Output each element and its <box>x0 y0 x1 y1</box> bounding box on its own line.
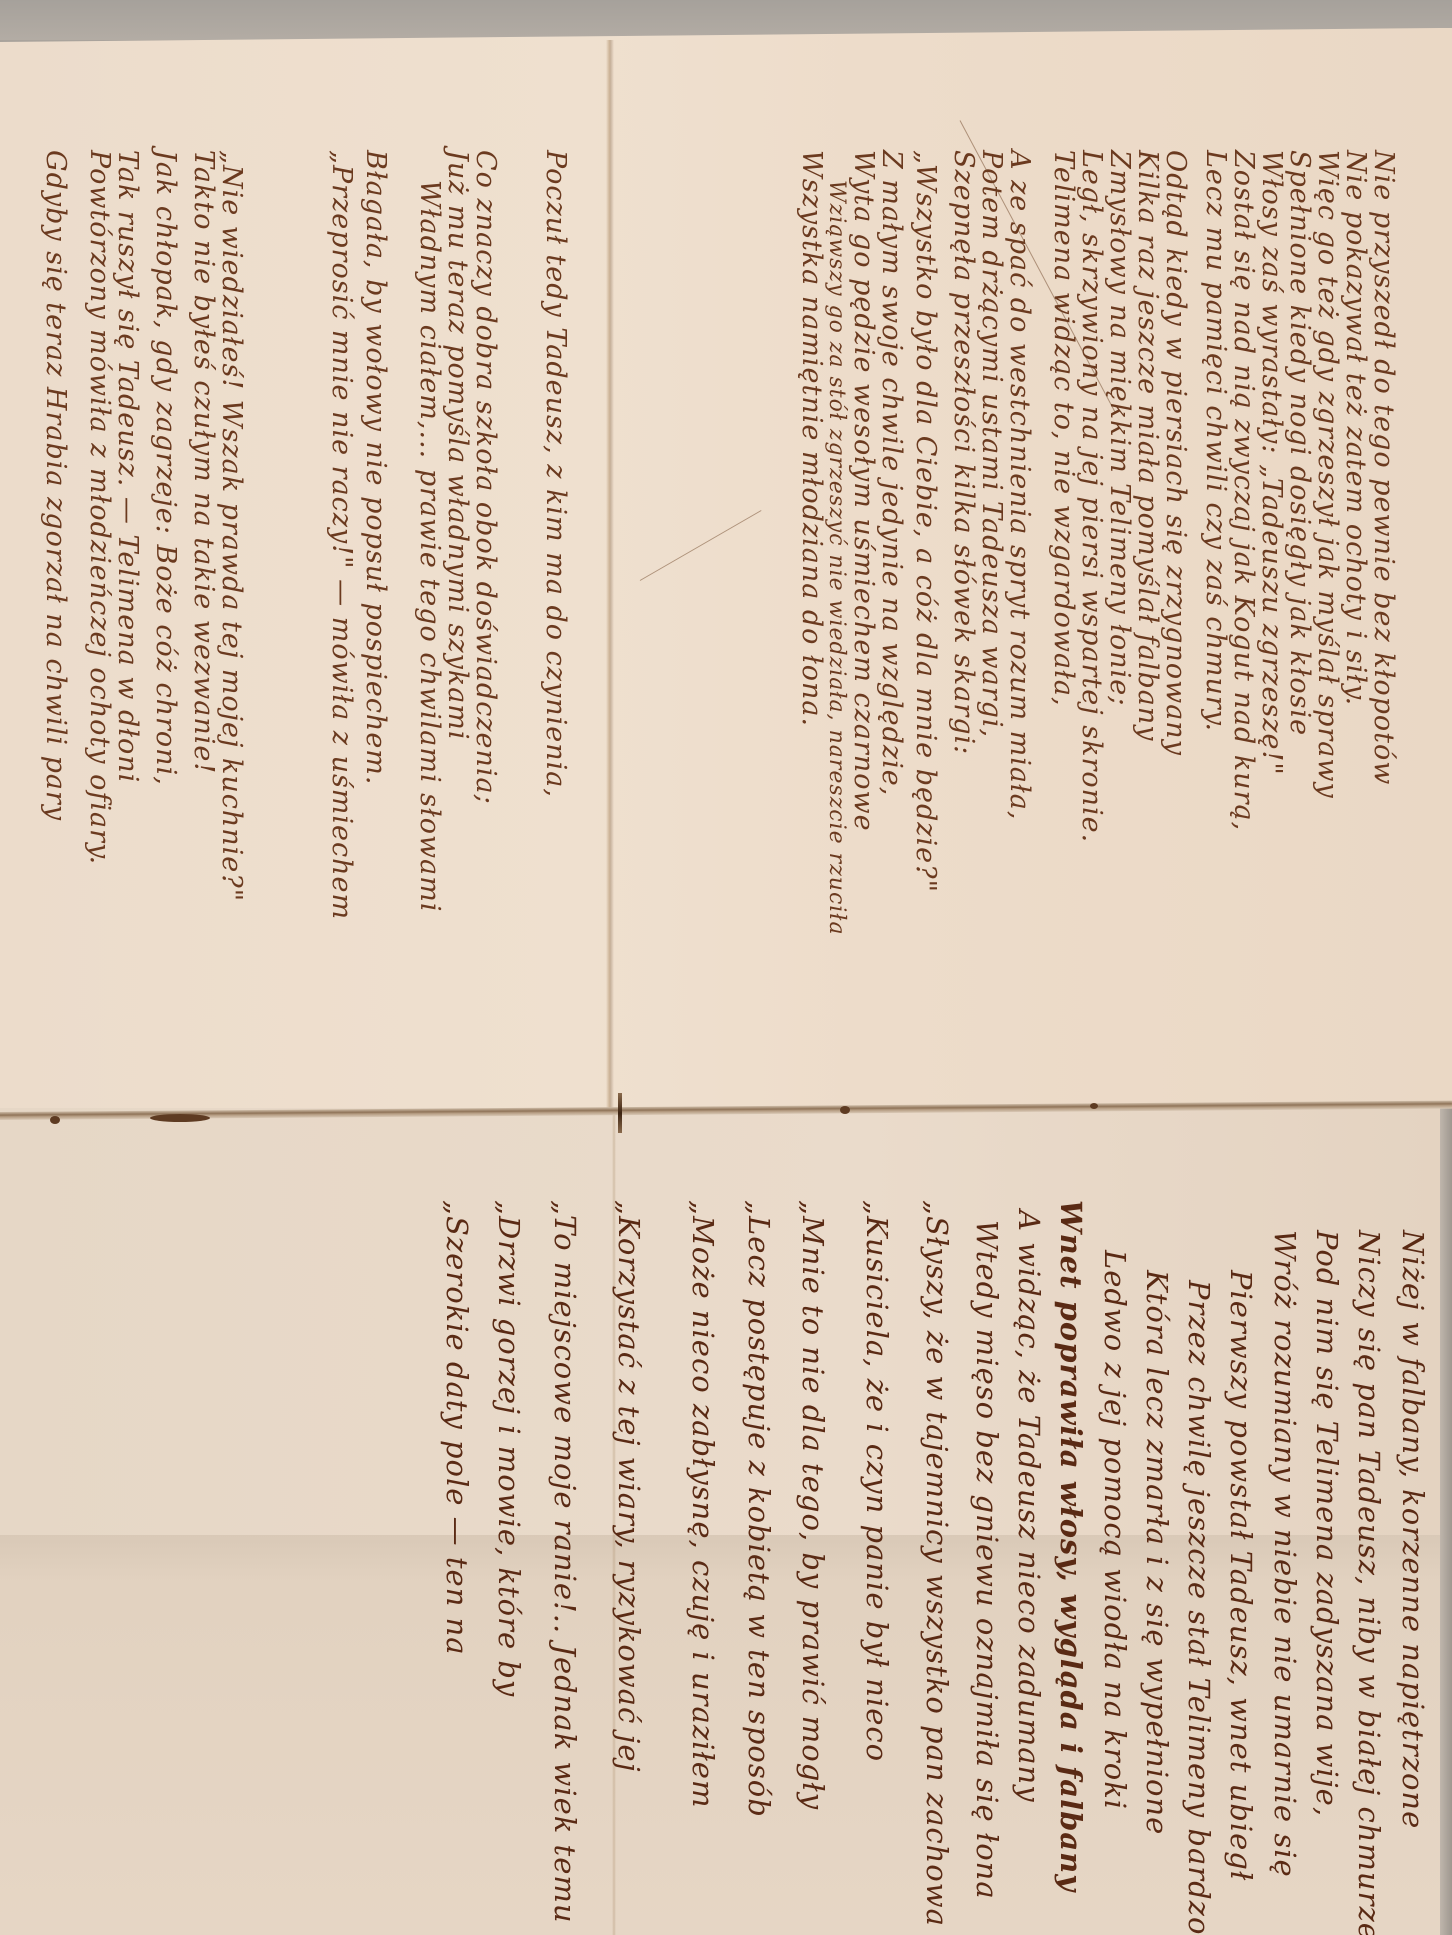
manuscript-line: Wtedy mięso bez gniewu oznajmiła się łon… <box>970 1220 1004 1900</box>
vertical-fold-crease <box>606 40 614 1110</box>
manuscript-line: „Lecz postępuje z kobietą w ten sposób <box>742 1200 776 1818</box>
manuscript-line: „Słyszy, że w tajemnicy wszystko pan zac… <box>920 1200 954 1927</box>
manuscript-line: „Korzystać z tej wiary, ryzykować jej <box>612 1200 646 1773</box>
manuscript-line: Powtórzony mówiła z młodzieńczej ochoty … <box>84 150 115 865</box>
manuscript-line: Która lecz zmarła i z się wypełnione <box>1140 1270 1174 1835</box>
manuscript-line: Władnym ciałem,... prawie tego chwilami … <box>414 150 445 912</box>
manuscript-line: Wyta go pędzie wesołym uśmiechem czarnow… <box>848 150 879 832</box>
manuscript-line: Niżej w falbany, korzenne napiętrzone <box>1396 1230 1430 1829</box>
manuscript-line: Pod nim się Telimena zadyszana wije, <box>1310 1230 1344 1817</box>
manuscript-line: Legł, skrzywiony na jej piersi wspartej … <box>1076 150 1107 843</box>
manuscript-line: Został się nad nią zwyczaj jak Kogut nad… <box>1228 150 1259 831</box>
manuscript-line: Wziąwszy go za stół zgrzeszyć nie wiedzi… <box>824 150 849 936</box>
manuscript-line: Potem drżącymi ustami Tadeusza wargi, <box>976 150 1007 738</box>
manuscript-line: Zmysłowy na miękkim Telimeny łonie; <box>1104 150 1135 706</box>
seam-knot <box>1090 1103 1098 1109</box>
page-edge-shadow <box>1440 1108 1452 1935</box>
seam-knot <box>840 1106 850 1114</box>
manuscript-line: Wróż rozumiany w niebie nie umarnie się <box>1268 1230 1302 1878</box>
manuscript-line: „Może nieco zabłysnę, czuję i uraziłem <box>686 1200 720 1808</box>
manuscript-line: Nie przyszedł do tego pewnie bez kłopotó… <box>1368 150 1399 785</box>
manuscript-line: Spełnione kiedy nogi dosięgły jak kłosie <box>1284 150 1315 736</box>
manuscript-line: Włosy zaś wyrastały: „Tadeuszu zgrzeszę!… <box>1256 150 1287 776</box>
manuscript-line: Telimena widząc to, nie wzgardowała, <box>1048 150 1079 707</box>
manuscript-line: „Mnie to nie dla tego, by prawić mogły <box>796 1200 830 1810</box>
seam-knot <box>50 1116 60 1124</box>
manuscript-line: Z małym swoje chwile jedynie na względzi… <box>876 150 907 796</box>
manuscript-line: „Nie wiedziałeś! Wszak prawda tej mojej … <box>216 150 247 902</box>
manuscript-line: Poczuł tedy Tadeusz, z kim ma do czynien… <box>540 150 571 798</box>
manuscript-line: Lecz mu pamięci chwili czy zaś chmury. <box>1200 150 1231 732</box>
manuscript-line: Pierwszy powstał Tadeusz, wnet ubiegł <box>1224 1270 1258 1881</box>
seam-knot <box>150 1114 210 1122</box>
manuscript-line: Ledwo z jej pomocą wiodła na kroki <box>1098 1250 1132 1810</box>
manuscript-line: Takto nie byłeś czułym na takie wezwanie… <box>188 150 219 774</box>
manuscript-line: A ze spać do westchnienia spryt rozum mi… <box>1004 150 1035 820</box>
manuscript-line: Co znaczy dobra szkoła obok doświadczeni… <box>470 150 501 805</box>
manuscript-line: Błagała, by wołowy nie popsuł pospiechem… <box>360 150 391 786</box>
manuscript-line: „Drzwi gorzej i mowie, które by <box>492 1200 526 1697</box>
manuscript-line: A widząc, że Tadeusz nieco zadumany <box>1012 1210 1046 1803</box>
manuscript-line: Odtąd kiedy w piersiach się zrzygnowany <box>1160 150 1191 756</box>
manuscript-line: Tak ruszył się Tadeusz. — Telimena w dło… <box>112 150 143 783</box>
manuscript-line: Nie pokazywał też zatem ochoty i siły. <box>1340 150 1371 706</box>
manuscript-line: Wnet poprawiła włosy, wygląda i falbany <box>1054 1200 1088 1892</box>
seam-cross-stitch <box>618 1093 622 1133</box>
manuscript-line: Kilka raz jeszcze miała pomyślał falbany <box>1132 150 1163 741</box>
manuscript-line: Wszystka namiętnie młodziana do łona. <box>796 150 827 727</box>
manuscript-line: Szepnęła przeszłości kilka słówek skargi… <box>948 150 979 755</box>
manuscript-line: Już mu teraz pomyśla władnymi szykami <box>442 150 473 741</box>
manuscript-line: Niczy się pan Tadeusz, niby w białej chm… <box>1352 1230 1386 1935</box>
manuscript-line: „Wszystko było dla Ciebie, a cóż dla mni… <box>910 150 941 893</box>
manuscript-line: „Szerokie daty pole — ten na <box>440 1200 474 1656</box>
manuscript-line: „To miejscowe moje ranie!.. Jednak wiek … <box>548 1200 582 1924</box>
manuscript-line: Więc go też gdy zgrzeszył jak myślał spr… <box>1312 150 1343 799</box>
manuscript-line: Jak chłopak, gdy zagrzeje: Boże cóż chro… <box>150 150 181 786</box>
manuscript-line: „Przeprosić mnie nie raczy!" — mówiła z … <box>326 150 357 920</box>
manuscript-line: Gdyby się teraz Hrabia zgorzał na chwili… <box>40 150 71 821</box>
manuscript-line: Przez chwilę jeszcze stał Telimeny bardz… <box>1182 1280 1216 1935</box>
manuscript-line: „Kusiciela, że i czyn panie był nieco <box>860 1200 894 1762</box>
